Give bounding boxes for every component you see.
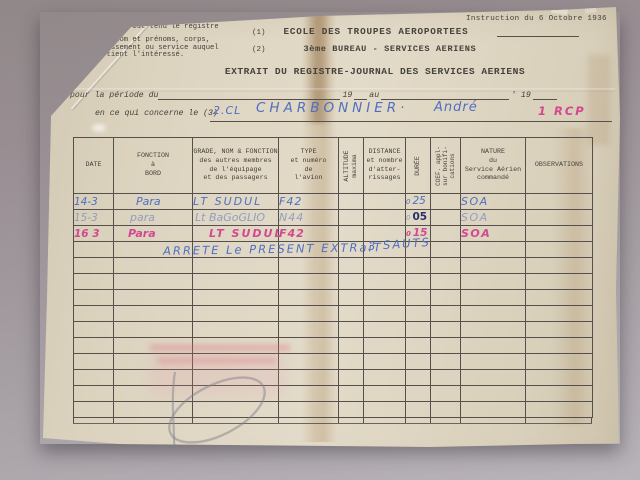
stamp-text-line bbox=[150, 344, 290, 351]
instruction-underline bbox=[497, 36, 579, 37]
grade-cell: Lt BaGoGLIO bbox=[193, 210, 279, 226]
period-line: pour la période du 19 au ' 19 bbox=[70, 90, 616, 100]
handwritten-surname: CHARBONNIER· bbox=[256, 100, 408, 116]
header-coef: COEF. appl- sur bonifi- cations bbox=[431, 138, 461, 194]
school-name: ECOLE DES TROUPES AEROPORTEES bbox=[284, 26, 469, 37]
pencil-signature bbox=[145, 358, 285, 468]
right-top-stain bbox=[588, 55, 610, 145]
fonction-cell: para bbox=[114, 210, 193, 226]
blank-line bbox=[533, 90, 557, 100]
header-observations: OBSERVATIONS bbox=[526, 138, 593, 194]
handwritten-unit: 1 RCP bbox=[538, 104, 586, 118]
table-empty-row bbox=[74, 306, 593, 322]
table-header: DATE FONCTION à BORD GRADE, NOM & FONCTI… bbox=[74, 138, 593, 194]
handwritten-rank: 2.CL bbox=[213, 104, 241, 117]
type-cell: N44 bbox=[279, 210, 339, 226]
header-fonction: FONCTION à BORD bbox=[114, 138, 193, 194]
crease-dent bbox=[92, 124, 106, 132]
blank-line bbox=[158, 90, 340, 100]
header-altitude: ALTITUDE maxima bbox=[339, 138, 364, 194]
instruction-reference: Instruction du 6 Octobre 1936 bbox=[466, 15, 607, 23]
period-year1: 19 bbox=[340, 91, 354, 100]
table-empty-row bbox=[74, 274, 593, 290]
header-nature: NATURE du Service Aérien commandé bbox=[461, 138, 526, 194]
date-cell: 15-3 bbox=[74, 210, 114, 226]
type-cell: F42 bbox=[279, 194, 339, 210]
org-line-school: (1) ECOLE DES TROUPES AEROPORTEES bbox=[252, 26, 469, 37]
blank-line bbox=[354, 90, 367, 100]
org-number: (1) bbox=[252, 29, 266, 37]
date-cell: 16 3 bbox=[74, 226, 114, 242]
header-grade: GRADE, NOM & FONCTION des autres membres… bbox=[193, 138, 279, 194]
header-distance: DISTANCE et nombre d'atter- rissages bbox=[364, 138, 406, 194]
document-title: EXTRAIT DU REGISTRE-JOURNAL DES SERVICES… bbox=[180, 66, 570, 77]
table-row-1: 14-3 Para LT SUDUL F42 025 SOA bbox=[74, 194, 593, 210]
handwritten-firstname: André bbox=[434, 100, 478, 115]
grade-cell: LT SUDUL bbox=[193, 194, 279, 210]
duree-cell: 005 bbox=[406, 210, 431, 226]
photo-background: (1) Corps, Etablissement ou Service (2) … bbox=[0, 0, 640, 480]
header-duree: DURÉE bbox=[406, 138, 431, 194]
fonction-cell: Para bbox=[114, 226, 193, 242]
org-line-bureau: (2) 3ème BUREAU - SERVICES AERIENS bbox=[252, 44, 476, 54]
duree-cell: 025 bbox=[406, 194, 431, 210]
date-cell: 14-3 bbox=[74, 194, 114, 210]
table-empty-row bbox=[74, 290, 593, 306]
nature-cell: SOA bbox=[461, 194, 526, 210]
header-date: DATE bbox=[74, 138, 114, 194]
bureau-name: 3ème BUREAU - SERVICES AERIENS bbox=[304, 44, 477, 54]
table-row-3: 16 3 Para LT SUDUL F42 015 SOA bbox=[74, 226, 593, 242]
table-empty-row bbox=[74, 322, 593, 338]
torn-edge-bit bbox=[584, 3, 596, 13]
nature-cell: SOA bbox=[461, 210, 526, 226]
grade-cell: LT SUDUL bbox=[193, 226, 279, 242]
fonction-cell: Para bbox=[114, 194, 193, 210]
torn-edge-bit bbox=[551, 1, 569, 15]
org-number: (2) bbox=[252, 46, 266, 54]
table-row-2: 15-3 para Lt BaGoGLIO N44 005 SOA bbox=[74, 210, 593, 226]
concern-underline bbox=[210, 121, 612, 122]
concern-prefix: en ce qui concerne le (3) bbox=[95, 109, 218, 118]
type-cell: F42 bbox=[279, 226, 339, 242]
period-year2: ' 19 bbox=[509, 91, 533, 100]
table-empty-row bbox=[74, 258, 593, 274]
blank-line bbox=[381, 90, 509, 100]
period-prefix: pour la période du bbox=[70, 91, 158, 100]
document-paper: (1) Corps, Etablissement ou Service (2) … bbox=[0, 0, 640, 480]
period-conjunction: au bbox=[367, 91, 381, 100]
nature-cell: SOA bbox=[461, 226, 526, 242]
header-type: TYPE et numéro de l'avion bbox=[279, 138, 339, 194]
